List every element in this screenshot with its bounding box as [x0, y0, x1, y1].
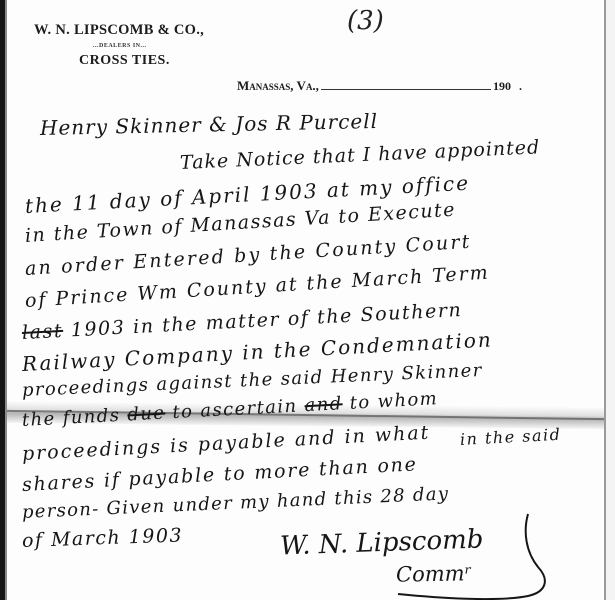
handwritten-line: Henry Skinner & Jos R Purcell: [40, 109, 379, 140]
page-edge: [604, 0, 606, 600]
letterhead-year-dot: .: [519, 79, 522, 94]
letter-page: W. N. LIPSCOMB & CO., ...DEALERS IN... C…: [0, 0, 615, 600]
handwritten-text: the funds: [21, 404, 127, 430]
struck-word: and: [304, 393, 343, 416]
letterhead-year: 190: [493, 79, 511, 94]
struck-word: last: [21, 320, 63, 344]
date-blank: [321, 79, 491, 90]
handwritten-line: in the said: [460, 425, 562, 449]
signature-flourish: [378, 512, 558, 600]
handwritten-line: Take Notice that I have appointed: [180, 136, 541, 174]
letterhead-place-date: Manassas, Va., 190 .: [237, 78, 522, 94]
handwritten-line: of March 1903: [22, 524, 184, 552]
letterhead-product: CROSS TIES.: [79, 53, 170, 69]
struck-word: due: [127, 403, 166, 426]
letterhead-company: W. N. LIPSCOMB & CO.,: [34, 22, 204, 39]
scan-border-shadow: [5, 0, 7, 600]
letterhead-dealers-in: ...DEALERS IN...: [93, 43, 147, 49]
page-margin: [606, 0, 615, 600]
page-number: (3): [347, 6, 384, 36]
letterhead-place: Manassas, Va.,: [237, 78, 319, 94]
